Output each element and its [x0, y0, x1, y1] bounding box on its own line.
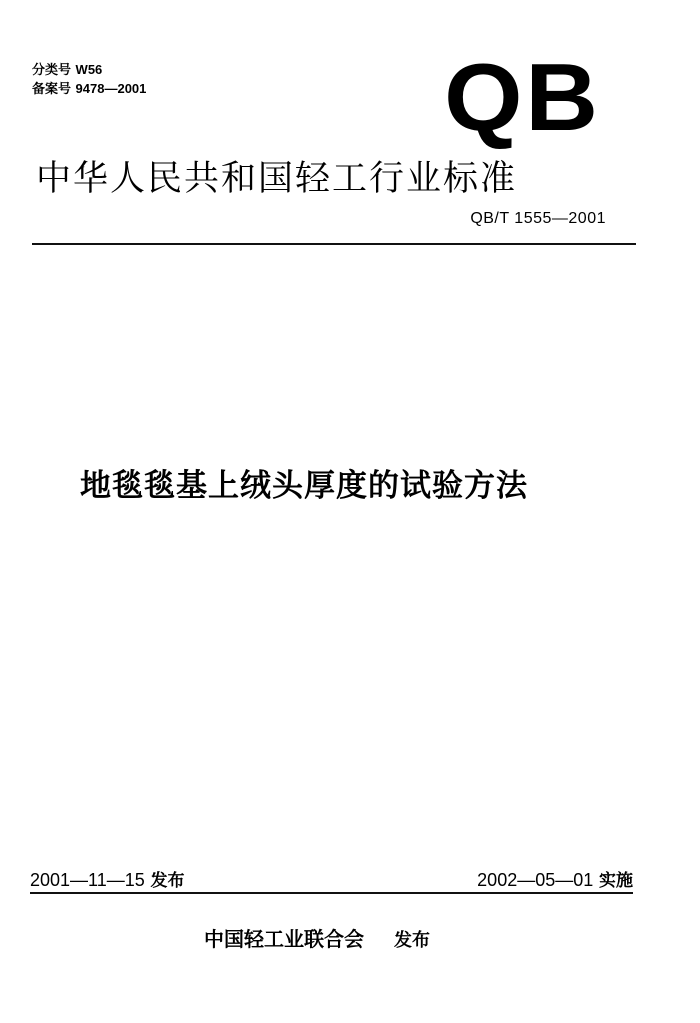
issue-date: 2001—11—15	[30, 870, 145, 890]
bottom-divider	[30, 892, 633, 894]
classification-value: W56	[76, 62, 103, 77]
classification-number: 分类号 W56	[32, 62, 102, 79]
standard-number: QB/T 1555—2001	[470, 210, 606, 228]
document-title: 地毯毯基上绒头厚度的试验方法	[80, 466, 528, 506]
effective-label: 实施	[599, 871, 633, 891]
issue-label: 发布	[150, 871, 184, 891]
effective-date: 2002—05—01	[477, 870, 593, 890]
publisher-line: 中国轻工业联合会发布	[204, 926, 430, 954]
top-divider	[32, 243, 636, 245]
record-number: 备案号 9478—2001	[32, 81, 146, 98]
publisher-name: 中国轻工业联合会	[204, 927, 364, 951]
qb-logo: Q B	[446, 58, 590, 138]
classification-label: 分类号	[32, 63, 71, 78]
organization-title: 中华人民共和国轻工行业标准	[36, 158, 517, 200]
record-value: 9478—2001	[76, 81, 147, 96]
publisher-action: 发布	[394, 930, 430, 951]
issue-date-line: 2001—11—15 发布	[30, 869, 184, 892]
record-label: 备案号	[32, 82, 71, 97]
logo-letter-b: B	[525, 58, 598, 138]
effective-date-line: 2002—05—01 实施	[477, 869, 633, 892]
logo-letter-q: Q	[444, 58, 522, 138]
